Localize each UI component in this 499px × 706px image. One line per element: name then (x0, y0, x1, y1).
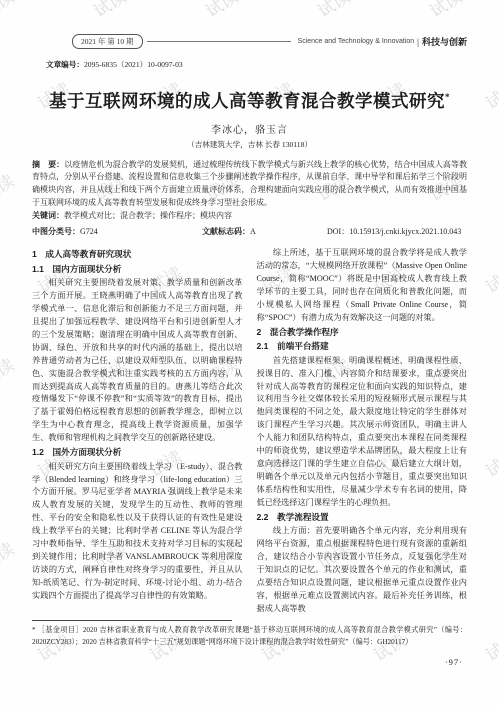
issue-badge: 2021 年 第 10 期 (72, 34, 143, 49)
section-heading-1-1: 1.1 国内方面现状分析 (32, 263, 243, 277)
watermark-text: 试读 (0, 535, 18, 574)
article-number-value: 2095-6835（2021）10-0097-03 (84, 60, 183, 69)
abstract-paragraph: 摘 要：以疫情危机为混合教学的发展契机，通过梳理传统线下教学模式与新兴线上教学的… (32, 159, 467, 209)
paper-title: 基于互联网环境的成人高等教育混合教学模式研究* (32, 90, 467, 113)
watermark-text: 试读 (480, 443, 499, 482)
body-paragraph: 线上方面：首先要明确各个单元内容，充分利用现有网络平台资源，重点根据课程特色进行… (257, 525, 468, 615)
watermark-text: 试读 (312, 0, 354, 22)
footnote-rule (32, 620, 232, 621)
watermark-text: 试读 (200, 0, 242, 22)
watermark-text: 试读 (480, 75, 499, 114)
paper-page: 试读试读试读试读试读试读试读试读试读试读试读试读试读试读试读试读试读试读试读试读… (0, 0, 499, 706)
doc-code-item: 文献标志码：A (202, 226, 327, 239)
section-heading-2-1: 2.1 前端平台搭建 (257, 340, 468, 354)
affiliation: （吉林建筑大学，吉林 长春 130118） (32, 139, 467, 150)
clc-label: 中图分类号： (32, 227, 80, 236)
watermark-text: 试读 (480, 259, 499, 298)
title-footnote-mark: * (445, 92, 450, 102)
body-paragraph: 综上所述，基于互联网环境的混合教学将是成人教学活动的常态，“大规模网络开放课程”… (257, 247, 468, 324)
article-number-label: 文章编号： (46, 60, 84, 69)
keywords-text: 教学模式对比；混合教学；操作程序；模块内容 (64, 211, 232, 220)
watermark-text: 试读 (88, 0, 130, 22)
classification-row: 中图分类号：G724 文献标志码：A DOI：10.15913/j.cnki.k… (32, 226, 467, 239)
watermark-text: 试读 (0, 0, 18, 22)
journal-name-en: Science and Technology & Innovation (298, 38, 415, 45)
body-columns: 1 成人高等教育研究现状 1.1 国内方面现状分析 相关研究主要围绕着发展对策、… (32, 247, 467, 615)
paper-title-text: 基于互联网环境的成人高等教育混合教学模式研究 (49, 91, 445, 111)
article-number: 文章编号：2095-6835（2021）10-0097-03 (32, 59, 467, 70)
abstract-label: 摘 要： (32, 160, 64, 169)
journal-header: 2021 年 第 10 期 Science and Technology & I… (32, 34, 467, 49)
authors: 李冰心，骆玉言 (32, 121, 467, 136)
doi-item: DOI：10.15913/j.cnki.kjycx.2021.10.043 (327, 226, 467, 239)
watermark-text: 试读 (424, 0, 466, 22)
doc-code-value: A (250, 227, 256, 236)
funding-footnote: * ［基金项目］2020 吉林省职业教育与成人教育教学改革研究课题“基于移动互联… (32, 620, 467, 648)
body-paragraph: 首先搭建课程框架、明确课程概述、明确课程性质、授课目的、准入门槛、内容简介和结课… (257, 355, 468, 510)
watermark-text: 试读 (0, 351, 18, 390)
journal-name-cn: 科技与创新 (422, 35, 467, 48)
section-heading-2: 2 混合教学操作程序 (257, 326, 468, 340)
doc-code-label: 文献标志码： (202, 227, 250, 236)
header-rule (147, 41, 291, 42)
doi-value: 10.15913/j.cnki.kjycx.2021.10.043 (349, 227, 461, 236)
footnote-text: * ［基金项目］2020 吉林省职业教育与成人教育教学改革研究课题“基于移动互联… (32, 625, 467, 648)
left-column: 1 成人高等教育研究现状 1.1 国内方面现状分析 相关研究主要围绕着发展对策、… (32, 247, 243, 615)
clc-value: G724 (80, 227, 98, 236)
clc-item: 中图分类号：G724 (32, 226, 202, 239)
body-paragraph: 相关研究主要围绕着发展对策、教学质量和创新改革三个方面开展。王晓燕明确了中国成人… (32, 277, 243, 445)
abstract-text: 以疫情危机为混合教学的发展契机，通过梳理传统线下教学模式与新兴线上教学的核心优势… (32, 160, 467, 207)
doi-label: DOI： (327, 227, 349, 236)
section-heading-1: 1 成人高等教育研究现状 (32, 248, 243, 262)
abstract-block: 摘 要：以疫情危机为混合教学的发展契机，通过梳理传统线下教学模式与新兴线上教学的… (32, 159, 467, 239)
keywords-line: 关键词：教学模式对比；混合教学；操作程序；模块内容 (32, 210, 467, 223)
body-paragraph: 相关研究方向主要围绕着线上学习（E-study）、混合教学（Blended le… (32, 461, 243, 603)
watermark-text: 试读 (480, 627, 499, 666)
right-column: 综上所述，基于互联网环境的混合教学将是成人教学活动的常态，“大规模网络开放课程”… (257, 247, 468, 615)
section-heading-1-2: 1.2 国外方面现状分析 (32, 446, 243, 460)
watermark-text: 试读 (0, 167, 18, 206)
page-number: ·97· (32, 657, 467, 667)
header-divider: | (417, 37, 419, 47)
section-heading-2-2: 2.2 教学流程设置 (257, 511, 468, 525)
keywords-label: 关键词： (32, 211, 64, 220)
